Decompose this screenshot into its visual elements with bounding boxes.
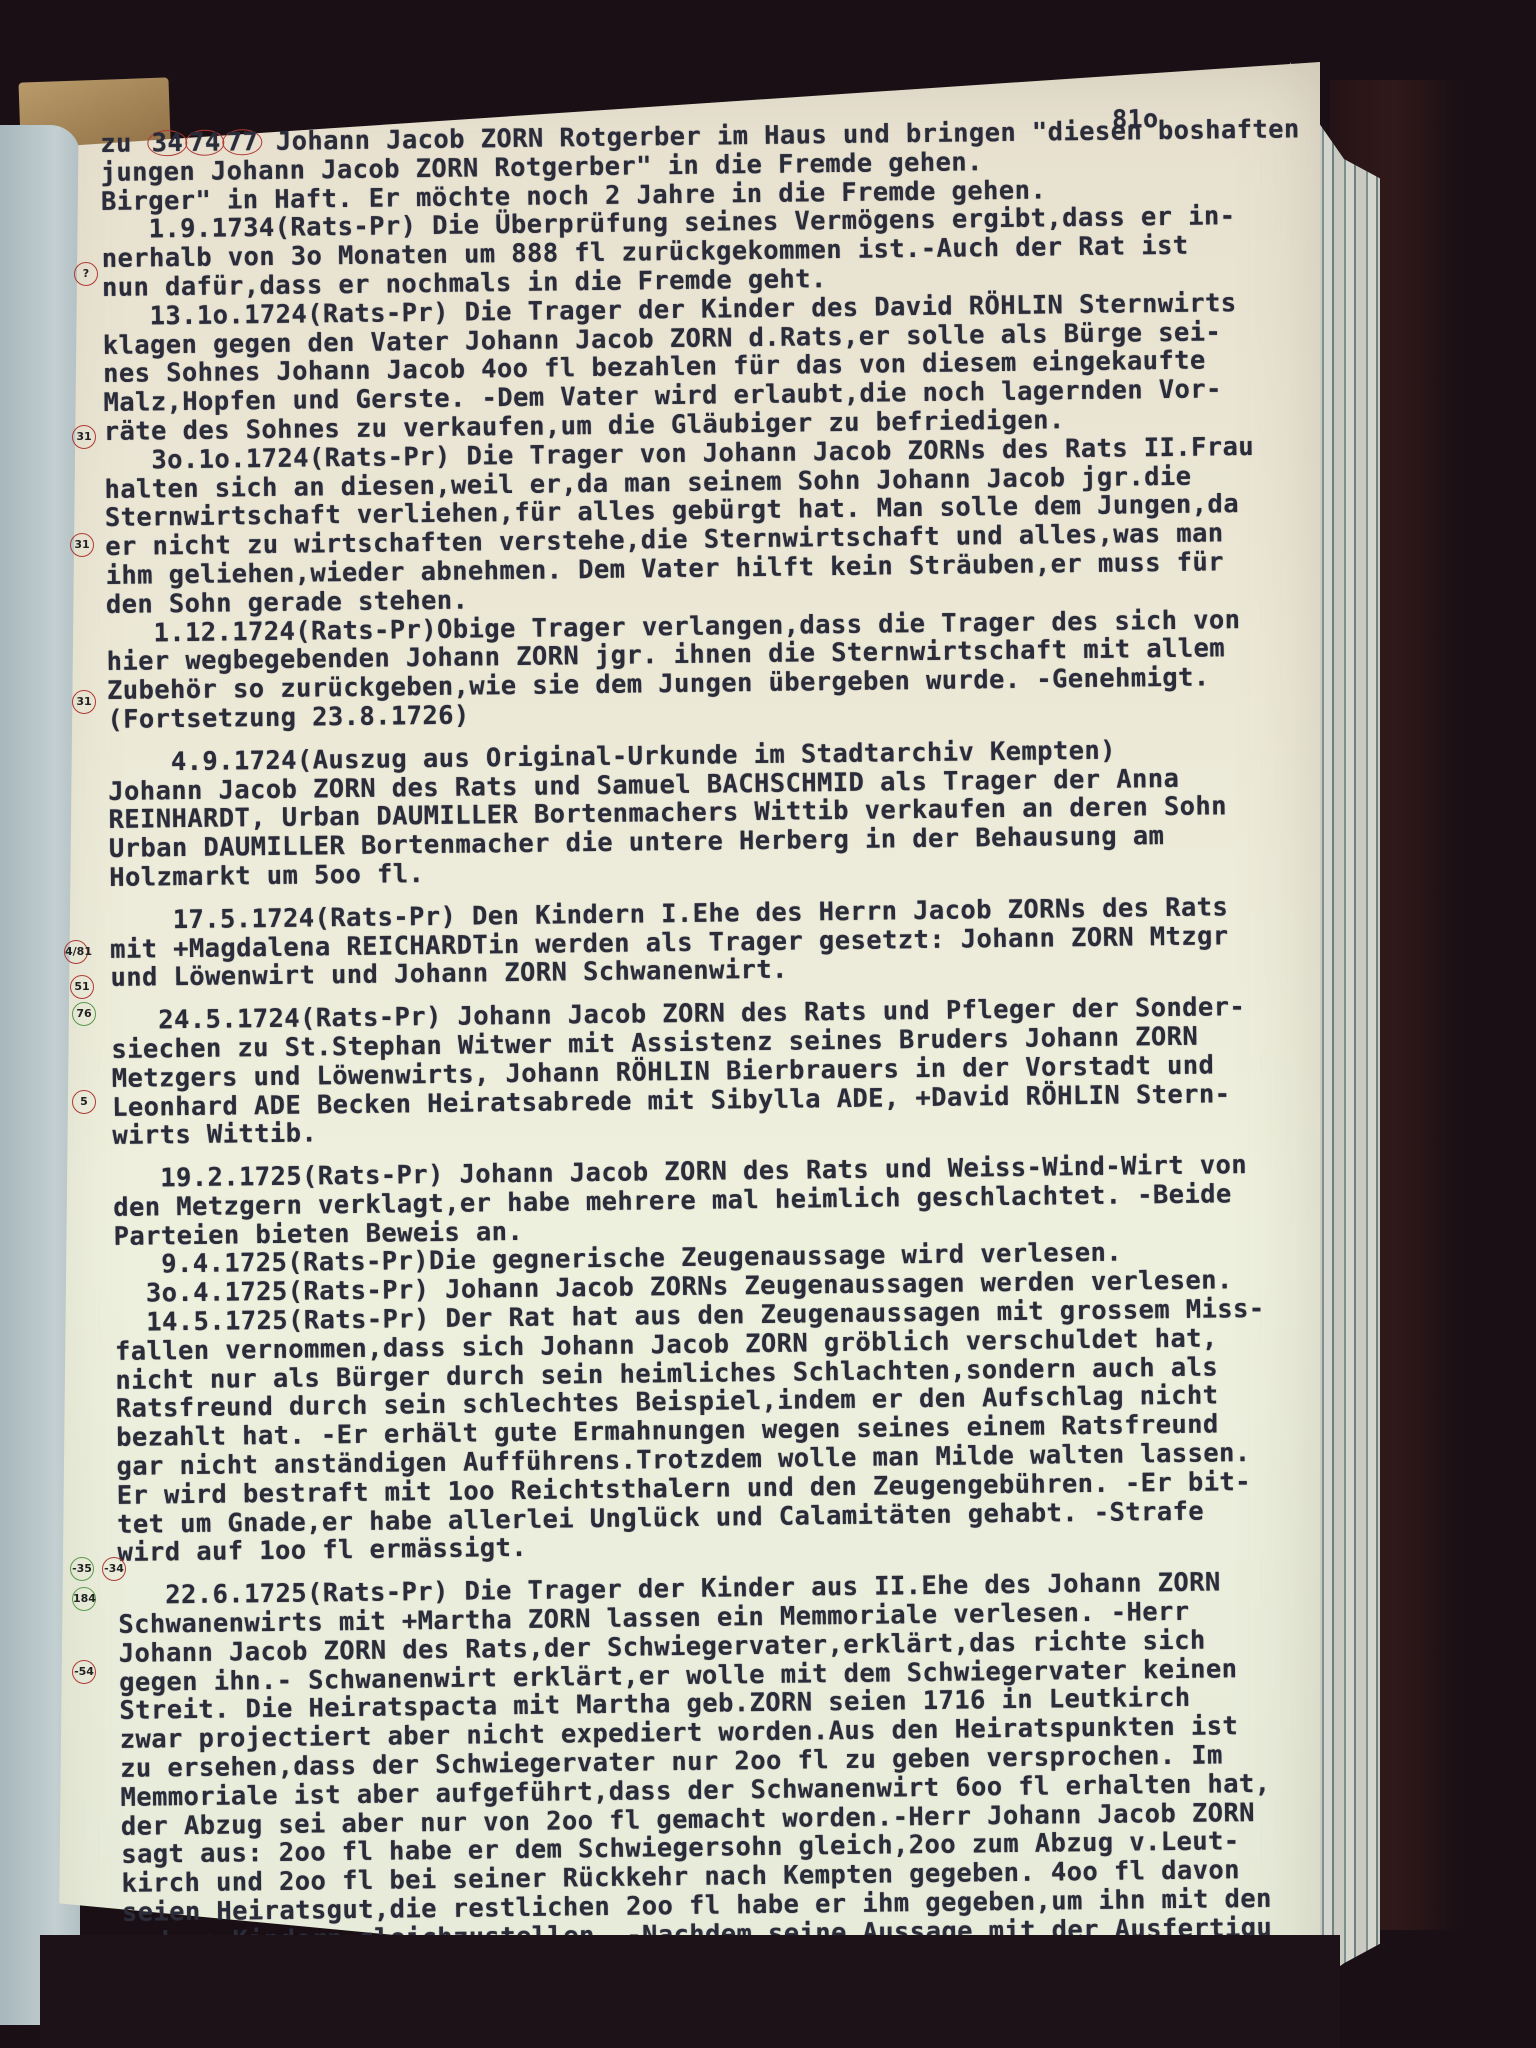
text-lines: jungen Johann Jacob ZORN Rotgerber" in d… — [100, 144, 1322, 1985]
margin-annotation: 4/81 — [64, 940, 88, 964]
margin-annotation: -54 — [72, 1660, 96, 1684]
margin-annotation: -35 — [70, 1557, 94, 1581]
margin-annotation: 31 — [72, 690, 96, 714]
circled-ref: 34 — [147, 130, 187, 156]
margin-annotation: 184 — [72, 1587, 96, 1611]
margin-annotation: 31 — [72, 425, 96, 449]
typewritten-text: 81o zu 347477 Johann Jacob ZORN Rotgerbe… — [100, 103, 1323, 1985]
table-surface — [40, 1935, 1340, 2048]
margin-annotation: 76 — [72, 1002, 96, 1026]
reference-prefix: zu — [100, 129, 132, 159]
margin-annotation: -34 — [102, 1557, 126, 1581]
margin-annotation: 5 — [72, 1090, 96, 1114]
margin-annotation: 51 — [70, 975, 94, 999]
circled-ref: 74 — [185, 129, 225, 155]
circled-ref: 77 — [222, 129, 262, 155]
margin-annotation: ? — [74, 262, 98, 286]
margin-annotation: 31 — [70, 533, 94, 557]
